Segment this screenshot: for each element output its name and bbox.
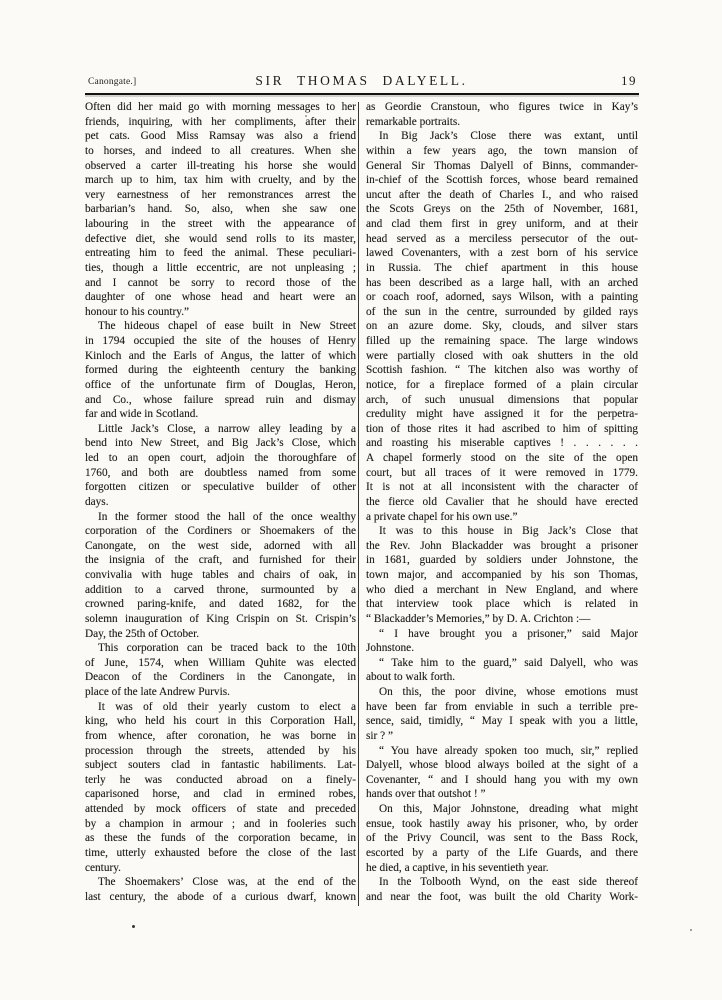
text-line: that interview took place which is relat…	[366, 597, 638, 612]
text-line: within a few years ago, the town mansion…	[366, 144, 638, 159]
text-line: of June, 1574, when William Quhite was e…	[85, 656, 356, 671]
text-line: ensue, took hastily away his prisoner, w…	[366, 817, 638, 832]
text-line: the Scots Greys on the 25th of November,…	[366, 202, 638, 217]
text-line: Kinloch and the Earls of Angus, the latt…	[85, 349, 356, 364]
page-header: Canongate.] SIR THOMAS DALYELL. 19	[85, 70, 638, 90]
text-line: “ I have brought you a prisoner,” said M…	[366, 627, 638, 642]
text-line: sence, said, timidly, “ May I speak with…	[366, 714, 638, 729]
text-line: “ You have already spoken too much, sir,…	[366, 744, 638, 759]
text-line: tion of those rites it had ascribed to h…	[366, 422, 638, 437]
text-line: labouring in the street with the appeara…	[85, 217, 356, 232]
text-line: entreating him to feed the animal. These…	[85, 246, 356, 261]
text-line: the Rev. John Blackadder was brought a p…	[366, 539, 638, 554]
text-line: Deacon of the Cordiners in the Canongate…	[85, 670, 356, 685]
text-line: head served as a merciless persecutor of…	[366, 232, 638, 247]
text-line: century.	[85, 861, 356, 876]
text-line: The Shoemakers’ Close was, at the end of…	[85, 875, 356, 890]
text-line: A chapel formerly stood on the site of t…	[366, 451, 638, 466]
text-line: attended by mock officers of state and p…	[85, 802, 356, 817]
text-line: Little Jack’s Close, a narrow alley lead…	[85, 422, 356, 437]
text-line: and I cannot be sorry to record those of…	[85, 276, 356, 291]
text-line: or coach roof, adorned, says Wilson, wit…	[366, 290, 638, 305]
text-line: and near the foot, was built the old Cha…	[366, 890, 638, 905]
text-line: ties, though a little eccentric, are not…	[85, 261, 356, 276]
book-page: Canongate.] SIR THOMAS DALYELL. 19 Often…	[0, 0, 722, 1000]
text-line: It was to this house in Big Jack’s Close…	[366, 524, 638, 539]
text-line: formed during the eighteenth century the…	[85, 363, 356, 378]
text-line: pet cats. Good Miss Ramsay was also a fr…	[85, 129, 356, 144]
text-line: have been far from enviable in such a te…	[366, 700, 638, 715]
text-line: It was of old their yearly custom to ele…	[85, 700, 356, 715]
text-line: led to an open court, adjoin the thoroug…	[85, 451, 356, 466]
text-line: Canongate, on the west side, adorned wit…	[85, 539, 356, 554]
text-line: who died a merchant in New England, and …	[366, 583, 638, 598]
text-line: time, utterly exhausted before the close…	[85, 846, 356, 861]
text-line: place of the late Andrew Purvis.	[85, 685, 356, 700]
text-line: and roasting his miserable captives ! . …	[366, 436, 638, 451]
text-line: convivalia with huge tables and chairs o…	[85, 568, 356, 583]
text-line: arch, of such unusual dimensions that po…	[366, 393, 638, 408]
text-line: in Russia. The chief apartment in this h…	[366, 261, 638, 276]
text-line: hands over that outshot ! ”	[366, 787, 638, 802]
text-line: far and wide in Scotland.	[85, 407, 356, 422]
text-line: escorted by a party of the Life Guards, …	[366, 846, 638, 861]
text-line: Johnstone.	[366, 641, 638, 656]
text-line: were partially closed with oak shutters …	[366, 349, 638, 364]
text-line: court, but all traces of it were removed…	[366, 466, 638, 481]
text-line: about to walk forth.	[366, 670, 638, 685]
text-line: march up to him, tax him with cruelty, a…	[85, 173, 356, 188]
text-line: procession through the streets, attended…	[85, 744, 356, 759]
text-line: very earnestness of her remonstrances ar…	[85, 188, 356, 203]
text-line: Scottish fashion. “ The kitchen also was…	[366, 363, 638, 378]
text-line: This corporation can be traced back to t…	[85, 641, 356, 656]
text-line: lawed Covenanters, with a zest born of h…	[366, 246, 638, 261]
text-line: as Geordie Cranstoun, who figures twice …	[366, 100, 638, 115]
text-line: uncut after the death of Charles I., and…	[366, 188, 638, 203]
text-line: Dalyell, whose blood always boiled at th…	[366, 758, 638, 773]
text-line: On this, Major Johnstone, dreading what …	[366, 802, 638, 817]
text-line: barbarian’s hand. So, also, when she saw…	[85, 202, 356, 217]
column-right: as Geordie Cranstoun, who figures twice …	[366, 100, 638, 904]
page-number: 19	[621, 73, 637, 89]
text-line: 1760, and both are doubtless named from …	[85, 466, 356, 481]
text-line: “ Take him to the guard,” said Dalyell, …	[366, 656, 638, 671]
text-line: On this, the poor divine, whose emotions…	[366, 685, 638, 700]
text-line: In the Tolbooth Wynd, on the east side t…	[366, 875, 638, 890]
text-line: on an azure dome. Sky, clouds, and silve…	[366, 319, 638, 334]
page-title: SIR THOMAS DALYELL.	[85, 73, 638, 89]
text-line: observed a carter ill-treating his horse…	[85, 159, 356, 174]
ink-speck	[132, 925, 135, 928]
text-line: subject souters clad in fantastic habili…	[85, 758, 356, 773]
text-line: In the former stood the hall of the once…	[85, 510, 356, 525]
text-line: filled up the remaining space. The large…	[366, 334, 638, 349]
column-left: Often did her maid go with morning messa…	[85, 100, 356, 904]
text-line: the fierce old Cavalier that he should h…	[366, 495, 638, 510]
text-line: and Co., whose failure spread ruin and d…	[85, 393, 356, 408]
text-line: he died, a captive, in his seventieth ye…	[366, 861, 638, 876]
text-line: daughter of one whose head and heart wer…	[85, 290, 356, 305]
text-columns: Often did her maid go with morning messa…	[85, 100, 639, 908]
text-line: to horses, and indeed to all creatures. …	[85, 144, 356, 159]
text-line: forgotten citizen or speculative builder…	[85, 480, 356, 495]
text-line: in 1681, guarded by soldiers under Johns…	[366, 553, 638, 568]
text-line: days.	[85, 495, 356, 510]
text-line: bend into New Street, and Big Jack’s Clo…	[85, 436, 356, 451]
header-rule	[85, 93, 639, 95]
text-line: General Sir Thomas Dalyell of Binns, com…	[366, 159, 638, 174]
text-line: credulity might have assigned it for the…	[366, 407, 638, 422]
text-line: corporation of the Cordiners or Shoemake…	[85, 524, 356, 539]
text-line: addition to a carved throne, surmounted …	[85, 583, 356, 598]
text-line: It is not at all inconsistent with the c…	[366, 480, 638, 495]
text-line: in-chief of the Scottish forces, whose b…	[366, 173, 638, 188]
text-line: “ Blackadder’s Memories,” by D. A. Crich…	[366, 612, 638, 627]
text-line: by a champion in armour ; and in fooleri…	[85, 817, 356, 832]
text-line: a private chapel for his own use.”	[366, 510, 638, 525]
column-divider	[358, 102, 359, 906]
text-line: The hideous chapel of ease built in New …	[85, 319, 356, 334]
text-line: has been described as a large hall, with…	[366, 276, 638, 291]
text-line: crowned paring-knife, and dated 1682, fo…	[85, 597, 356, 612]
text-line: as these the funds of the corporation be…	[85, 831, 356, 846]
text-line: Covenanter, “ and I should hang you with…	[366, 773, 638, 788]
text-line: caparisoned horse, and clad in ermined r…	[85, 787, 356, 802]
text-line: in 1794 occupied the site of the houses …	[85, 334, 356, 349]
text-line: solemn inauguration of King Crispin on S…	[85, 612, 356, 627]
text-line: of the Privy Council, was sent to the Ba…	[366, 831, 638, 846]
text-line: remarkable portraits.	[366, 115, 638, 130]
ink-speck	[690, 929, 692, 931]
text-line: Often did her maid go with morning messa…	[85, 100, 356, 115]
text-line: and clad them first in grey uniform, and…	[366, 217, 638, 232]
text-line: In Big Jack’s Close there was extant, un…	[366, 129, 638, 144]
text-line: king, who held his court in this Corpora…	[85, 714, 356, 729]
text-line: honour to his country.”	[85, 305, 356, 320]
text-line: office of the unfortunate firm of Dougla…	[85, 378, 356, 393]
text-line: sir ? ”	[366, 729, 638, 744]
text-line: terly he was conducted abroad on a finel…	[85, 773, 356, 788]
text-line: notice, for a fireplace formed of a plai…	[366, 378, 638, 393]
text-line: last century, the abode of a curious dwa…	[85, 890, 356, 905]
text-line: from whence, after coronation, he was bo…	[85, 729, 356, 744]
text-line: defective diet, she would send rolls to …	[85, 232, 356, 247]
text-line: town major, and accompanied by his son T…	[366, 568, 638, 583]
text-line: of the sun in the centre, surrounded by …	[366, 305, 638, 320]
text-line: friends, inquiring, with her compliments…	[85, 115, 356, 130]
text-line: the insignia of the craft, and furnished…	[85, 553, 356, 568]
text-line: Day, the 25th of October.	[85, 627, 356, 642]
ink-speck	[305, 115, 307, 117]
